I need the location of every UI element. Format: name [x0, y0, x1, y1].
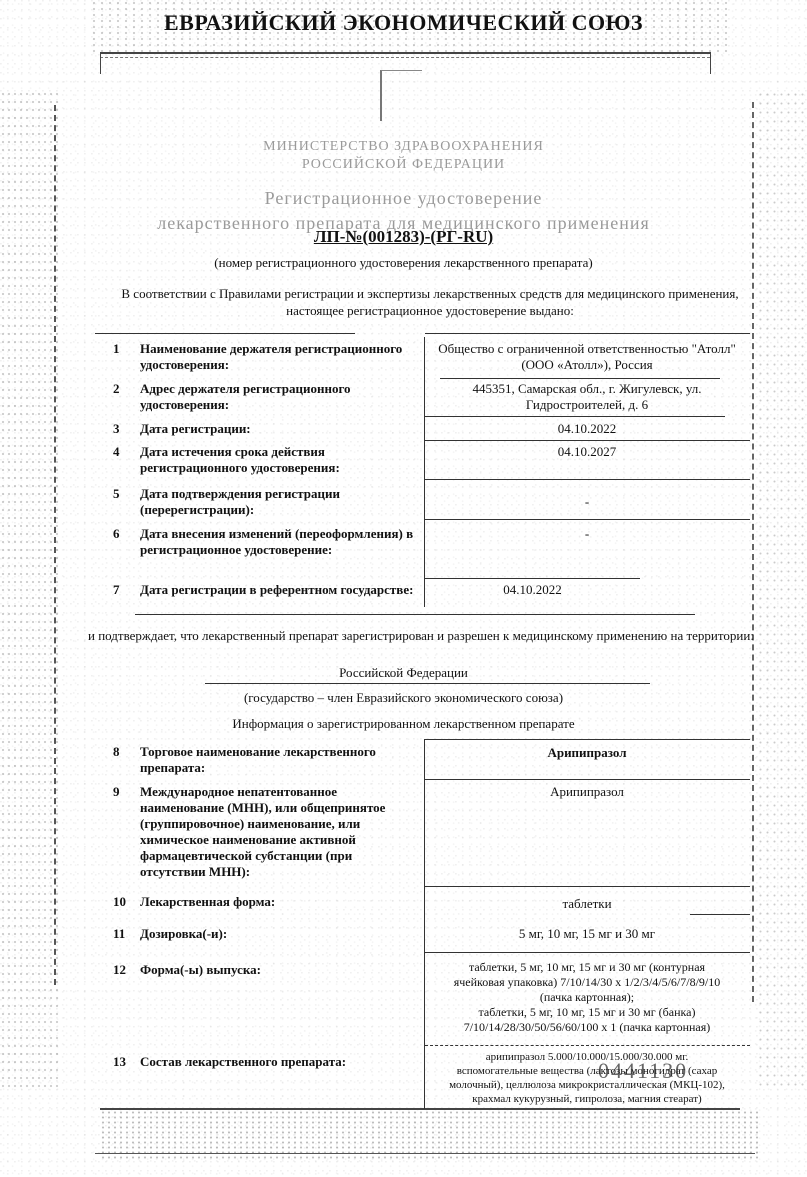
table-rule	[425, 440, 750, 441]
dosage-form-value: таблетки	[422, 896, 752, 912]
composition-value: арипипразол 5.000/10.000/15.000/30.000 м…	[422, 1050, 752, 1106]
intro-text: В соответствии с Правилами регистрации и…	[100, 285, 760, 319]
territory-value: Российской Федерации	[0, 665, 807, 681]
column-divider	[424, 337, 425, 607]
certificate-title: Регистрационное удостоверение	[0, 188, 807, 209]
table-rule	[690, 914, 750, 915]
form-serial-number: 0441130	[598, 1058, 688, 1084]
row-number: 3	[113, 421, 120, 437]
table-rule	[425, 779, 750, 780]
amendment-date-label: Дата внесения изменений (переоформления)…	[140, 526, 420, 558]
row-number: 13	[113, 1054, 126, 1070]
composition-line: арипипразол 5.000/10.000/15.000/30.000 м…	[422, 1050, 752, 1064]
table-rule	[425, 952, 750, 953]
trade-name-label: Торговое наименование лекарственного пре…	[140, 744, 420, 776]
release-form-line: ячейковая упаковка) 7/10/14/30 х 1/2/3/4…	[422, 975, 752, 990]
frame-border-bottom-outer	[95, 1153, 755, 1154]
row-number: 6	[113, 526, 120, 542]
ministry-name-line1: МИНИСТЕРСТВО ЗДРАВООХРАНЕНИЯ	[0, 139, 807, 155]
table-rule	[95, 333, 355, 334]
table-rule	[425, 333, 750, 334]
row-number: 2	[113, 381, 120, 397]
composition-line: молочный), целлюлоза микрокристаллическа…	[422, 1078, 752, 1092]
dosage-form-label: Лекарственная форма:	[140, 894, 420, 910]
holder-address-label: Адрес держателя регистрационного удостов…	[140, 381, 420, 413]
inn-label: Международное непатентованное наименован…	[140, 784, 420, 880]
registration-number: ЛП-№(001283)-(РГ-RU)	[0, 227, 807, 247]
reregistration-date-label: Дата подтверждения регистрации (перереги…	[140, 486, 420, 518]
release-form-value: таблетки, 5 мг, 10 мг, 15 мг и 30 мг (ко…	[422, 960, 752, 1035]
confirmation-text: и подтверждает, что лекарственный препар…	[88, 628, 758, 644]
table-rule	[425, 479, 750, 480]
dosage-value: 5 мг, 10 мг, 15 мг и 30 мг	[422, 926, 752, 942]
row-number: 5	[113, 486, 120, 502]
table-rule	[425, 578, 640, 579]
expiry-date-label: Дата истечения срока действия регистраци…	[140, 444, 420, 476]
release-form-line: 7/10/14/28/30/50/56/60/100 х 1 (пачка ка…	[422, 1020, 752, 1035]
composition-label: Состав лекарственного препарата:	[140, 1054, 420, 1070]
row-number: 12	[113, 962, 126, 978]
reference-state-date-label: Дата регистрации в референтном государст…	[140, 582, 420, 598]
inn-value: Арипипразол	[422, 784, 752, 800]
territory-underline	[205, 683, 650, 684]
composition-line: крахмал кукурузный, гипролоза, магния ст…	[422, 1092, 752, 1106]
table-rule	[425, 416, 725, 417]
trade-name-value: Арипипразол	[422, 745, 752, 761]
release-form-line: таблетки, 5 мг, 10 мг, 15 мг и 30 мг (ко…	[422, 960, 752, 975]
row-number: 7	[113, 582, 120, 598]
holder-address-value: 445351, Самарская обл., г. Жигулевск, ул…	[422, 381, 752, 413]
table-rule	[425, 519, 750, 520]
reference-state-date-value: 04.10.2022	[425, 582, 640, 598]
frame-corner-tl	[100, 52, 107, 74]
frame-border-top	[100, 52, 710, 54]
ministry-name-line2: РОССИЙСКОЙ ФЕДЕРАЦИИ	[0, 157, 807, 173]
table-rule	[425, 739, 750, 740]
row-number: 10	[113, 894, 126, 910]
holder-name-value: Общество с ограниченной ответственностью…	[422, 341, 752, 373]
reregistration-date-value: -	[422, 494, 752, 510]
drug-info-heading: Информация о зарегистрированном лекарств…	[0, 716, 807, 732]
release-form-line: таблетки, 5 мг, 10 мг, 15 мг и 30 мг (ба…	[422, 1005, 752, 1020]
table-rule	[135, 614, 695, 615]
table-rule	[425, 886, 750, 887]
expiry-date-value: 04.10.2027	[422, 444, 752, 460]
amendment-date-value: -	[422, 526, 752, 542]
registration-date-label: Дата регистрации:	[140, 421, 420, 437]
row-number: 9	[113, 784, 120, 800]
emblem-placeholder-icon	[380, 70, 422, 121]
territory-caption: (государство – член Евразийского экономи…	[0, 690, 807, 706]
holder-name-label: Наименование держателя регистрационного …	[140, 341, 420, 373]
row-number: 8	[113, 744, 120, 760]
composition-line: вспомогательные вещества (лактозы моноги…	[422, 1064, 752, 1078]
row-number: 11	[113, 926, 125, 942]
dosage-label: Дозировка(-и):	[140, 926, 420, 942]
row-number: 4	[113, 444, 120, 460]
frame-corner-tr	[704, 52, 711, 74]
table-rule	[425, 1045, 750, 1046]
registration-number-caption: (номер регистрационного удостоверения ле…	[0, 255, 807, 271]
table-rule	[440, 378, 720, 379]
release-form-line: (пачка картонная);	[422, 990, 752, 1005]
registration-date-value: 04.10.2022	[422, 421, 752, 437]
frame-border-bottom	[100, 1108, 740, 1110]
row-number: 1	[113, 341, 120, 357]
frame-border-top-inner	[100, 57, 710, 58]
release-form-label: Форма(-ы) выпуска:	[140, 962, 420, 978]
union-title: ЕВРАЗИЙСКИЙ ЭКОНОМИЧЕСКИЙ СОЮЗ	[0, 10, 807, 36]
